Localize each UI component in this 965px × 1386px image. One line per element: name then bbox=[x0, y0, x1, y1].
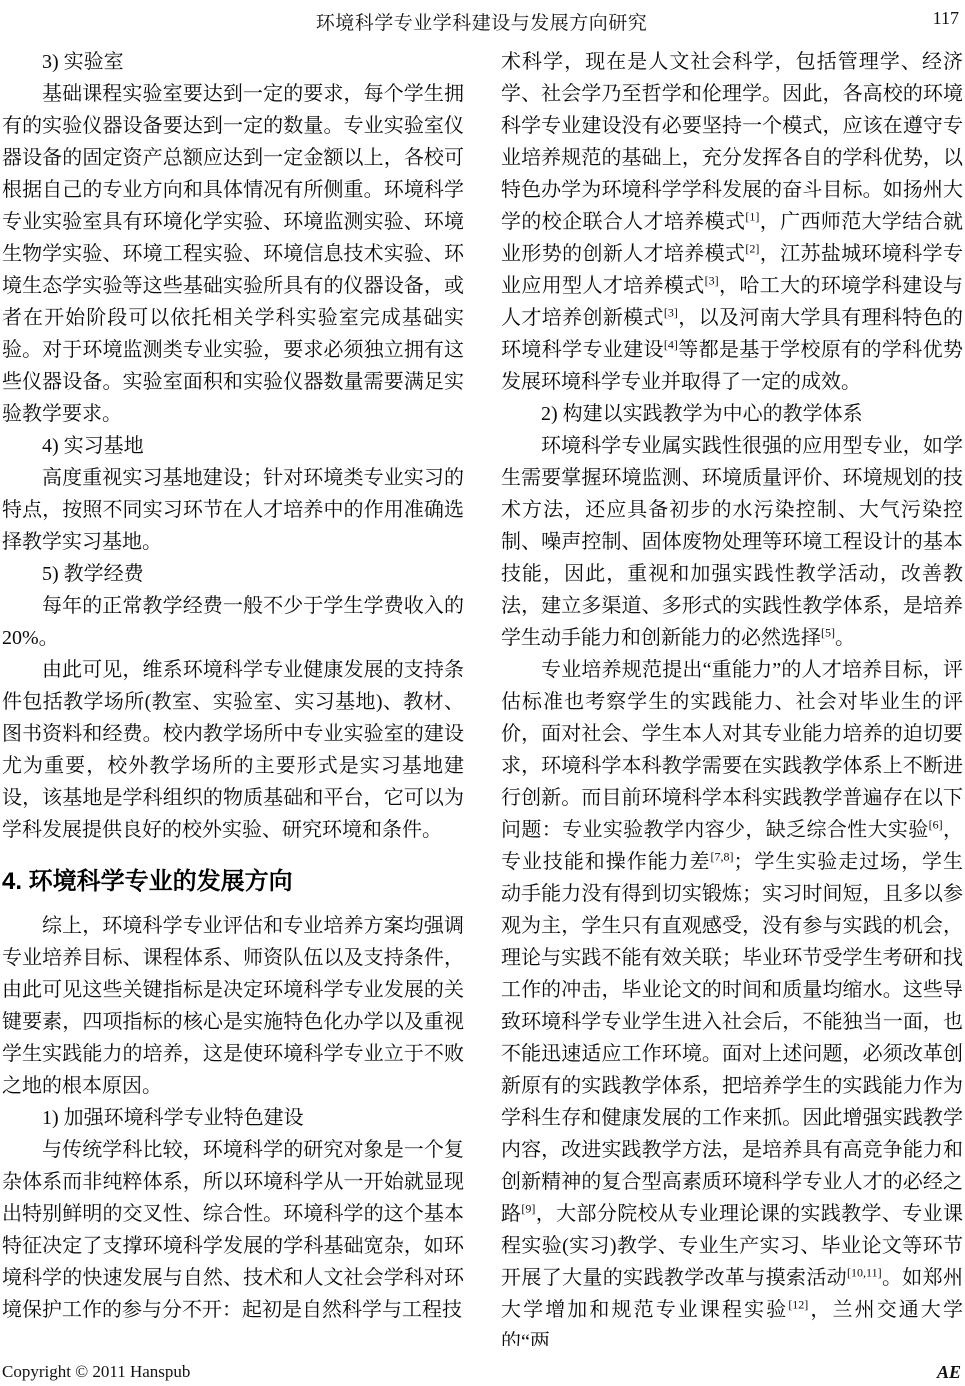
citation-ref: [12] bbox=[788, 1297, 808, 1311]
citation-ref: [7,8] bbox=[711, 849, 734, 863]
running-head-title: 环境科学专业学科建设与发展方向研究 bbox=[2, 8, 961, 35]
paragraph: 环境科学专业属实践性很强的应用型专业，如学生需要掌握环境监测、环境质量评价、环境… bbox=[501, 430, 963, 654]
section-heading: 4. 环境科学专业的发展方向 bbox=[2, 866, 464, 898]
paragraph: 与传统学科比较，环境科学的研究对象是一个复杂体系而非纯粹体系，所以环境科学从一开… bbox=[2, 1134, 464, 1326]
paragraph: 综上，环境科学专业评估和专业培养方案均强调专业培养目标、课程体系、师资队伍以及支… bbox=[2, 910, 464, 1102]
citation-ref: [3] bbox=[705, 273, 719, 287]
list-item-line: 5) 教学经费 bbox=[2, 558, 464, 590]
list-item-line: 2) 构建以实践教学为中心的教学体系 bbox=[501, 398, 963, 430]
text-column-right: 术科学，现在是人文社会科学，包括管理学、经济学、社会学乃至哲学和伦理学。因此，各… bbox=[501, 46, 963, 1346]
citation-ref: [5] bbox=[821, 625, 835, 639]
journal-mark-ae: AE bbox=[937, 1362, 961, 1383]
paragraph: 术科学，现在是人文社会科学，包括管理学、经济学、社会学乃至哲学和伦理学。因此，各… bbox=[501, 46, 963, 398]
copyright-text: Copyright © 2011 Hanspub bbox=[2, 1362, 190, 1382]
citation-ref: [3] bbox=[664, 305, 678, 319]
list-item-line: 3) 实验室 bbox=[2, 46, 464, 78]
paragraph: 每年的正常教学经费一般不少于学生学费收入的20%。 bbox=[2, 590, 464, 654]
page-header: 环境科学专业学科建设与发展方向研究 117 bbox=[2, 6, 961, 36]
citation-ref: [2] bbox=[745, 241, 759, 255]
list-item-line: 4) 实习基地 bbox=[2, 430, 464, 462]
citation-ref: [10,11] bbox=[847, 1265, 882, 1279]
list-item-line: 1) 加强环境科学专业特色建设 bbox=[2, 1102, 464, 1134]
paragraph: 专业培养规范提出“重能力”的人才培养目标，评估标准也考察学生的实践能力、社会对毕… bbox=[501, 654, 963, 1346]
document-page: 环境科学专业学科建设与发展方向研究 117 3) 实验室基础课程实验室要达到一定… bbox=[0, 0, 965, 1386]
text-column-left: 3) 实验室基础课程实验室要达到一定的要求，每个学生拥有的实验仪器设备要达到一定… bbox=[2, 46, 464, 1346]
page-number: 117 bbox=[933, 8, 959, 29]
citation-ref: [9] bbox=[521, 1201, 535, 1215]
page-footer: Copyright © 2011 Hanspub AE bbox=[2, 1362, 961, 1386]
paragraph: 基础课程实验室要达到一定的要求，每个学生拥有的实验仪器设备要达到一定的数量。专业… bbox=[2, 78, 464, 430]
citation-ref: [4] bbox=[664, 337, 678, 351]
two-column-body: 3) 实验室基础课程实验室要达到一定的要求，每个学生拥有的实验仪器设备要达到一定… bbox=[2, 46, 963, 1346]
paragraph: 由此可见，维系环境科学专业健康发展的支持条件包括教学场所(教室、实验室、实习基地… bbox=[2, 654, 464, 846]
citation-ref: [6] bbox=[929, 817, 943, 831]
paragraph: 高度重视实习基地建设；针对环境类专业实习的特点，按照不同实习环节在人才培养中的作… bbox=[2, 462, 464, 558]
citation-ref: [1] bbox=[745, 209, 759, 223]
